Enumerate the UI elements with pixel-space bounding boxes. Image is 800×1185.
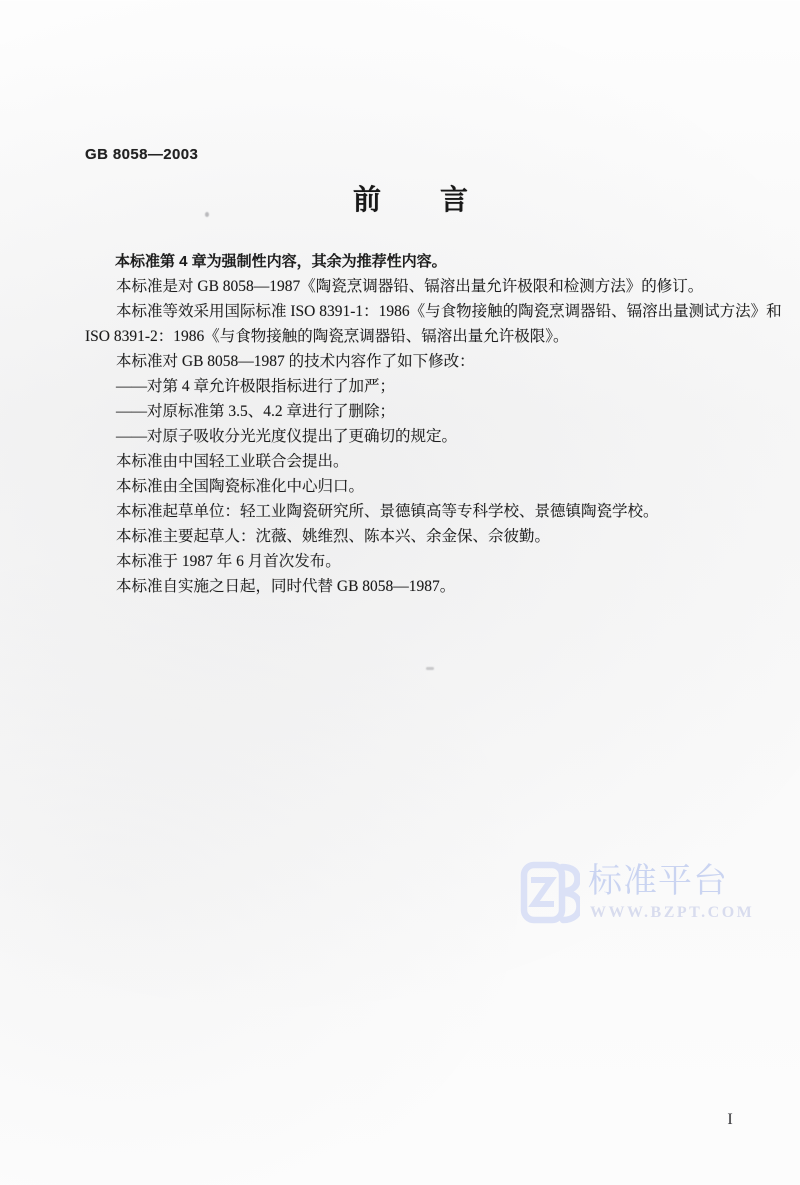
paragraph-change-2: ——对原标准第 3.5、4.2 章进行了删除；	[85, 399, 743, 424]
paragraph-first-issued: 本标准于 1987 年 6 月首次发布。	[85, 549, 743, 574]
watermark-brand: 标准平台	[588, 864, 754, 898]
paragraph-replaces: 本标准自实施之日起，同时代替 GB 8058—1987。	[85, 574, 743, 599]
paragraph-revision: 本标准是对 GB 8058—1987《陶瓷烹调器铅、镉溶出量允许极限和检测方法》…	[85, 274, 743, 299]
paragraph-iso-1: 本标准等效采用国际标准 ISO 8391-1：1986《与食物接触的陶瓷烹调器铅…	[85, 299, 743, 324]
watermark-text: 标准平台 WWW.BZPT.COM	[588, 864, 754, 922]
foreword-body: 本标准第 4 章为强制性内容，其余为推荐性内容。 本标准是对 GB 8058—1…	[85, 249, 743, 599]
page-title: 前 言	[0, 178, 800, 218]
paragraph-change-1: ——对第 4 章允许极限指标进行了加严；	[85, 374, 743, 399]
document-page: GB 8058—2003 前 言 本标准第 4 章为强制性内容，其余为推荐性内容…	[0, 0, 800, 1185]
standard-code: GB 8058—2003	[85, 146, 198, 163]
paragraph-iso-2: ISO 8391-2：1986《与食物接触的陶瓷烹调器铅、镉溶出量允许极限》。	[85, 324, 743, 349]
paragraph-proposer: 本标准由中国轻工业联合会提出。	[85, 449, 743, 474]
scan-speck	[426, 667, 434, 670]
page-number: I	[718, 1111, 742, 1129]
paragraph-changes-intro: 本标准对 GB 8058—1987 的技术内容作了如下修改：	[85, 349, 743, 374]
paragraph-drafting-units: 本标准起草单位：轻工业陶瓷研究所、景德镇高等专科学校、景德镇陶瓷学校。	[85, 499, 743, 524]
watermark-url: WWW.BZPT.COM	[590, 904, 754, 922]
paragraph-change-3: ——对原子吸收分光光度仪提出了更确切的规定。	[85, 424, 743, 449]
paragraph-drafters: 本标准主要起草人：沈薇、姚维烈、陈本兴、余金保、佘彼勤。	[85, 524, 743, 549]
paragraph-mandatory-note: 本标准第 4 章为强制性内容，其余为推荐性内容。	[85, 249, 743, 274]
bzpt-zb-logo-icon	[520, 857, 580, 929]
paragraph-centralized-by: 本标准由全国陶瓷标准化中心归口。	[85, 474, 743, 499]
watermark: 标准平台 WWW.BZPT.COM	[520, 857, 754, 929]
